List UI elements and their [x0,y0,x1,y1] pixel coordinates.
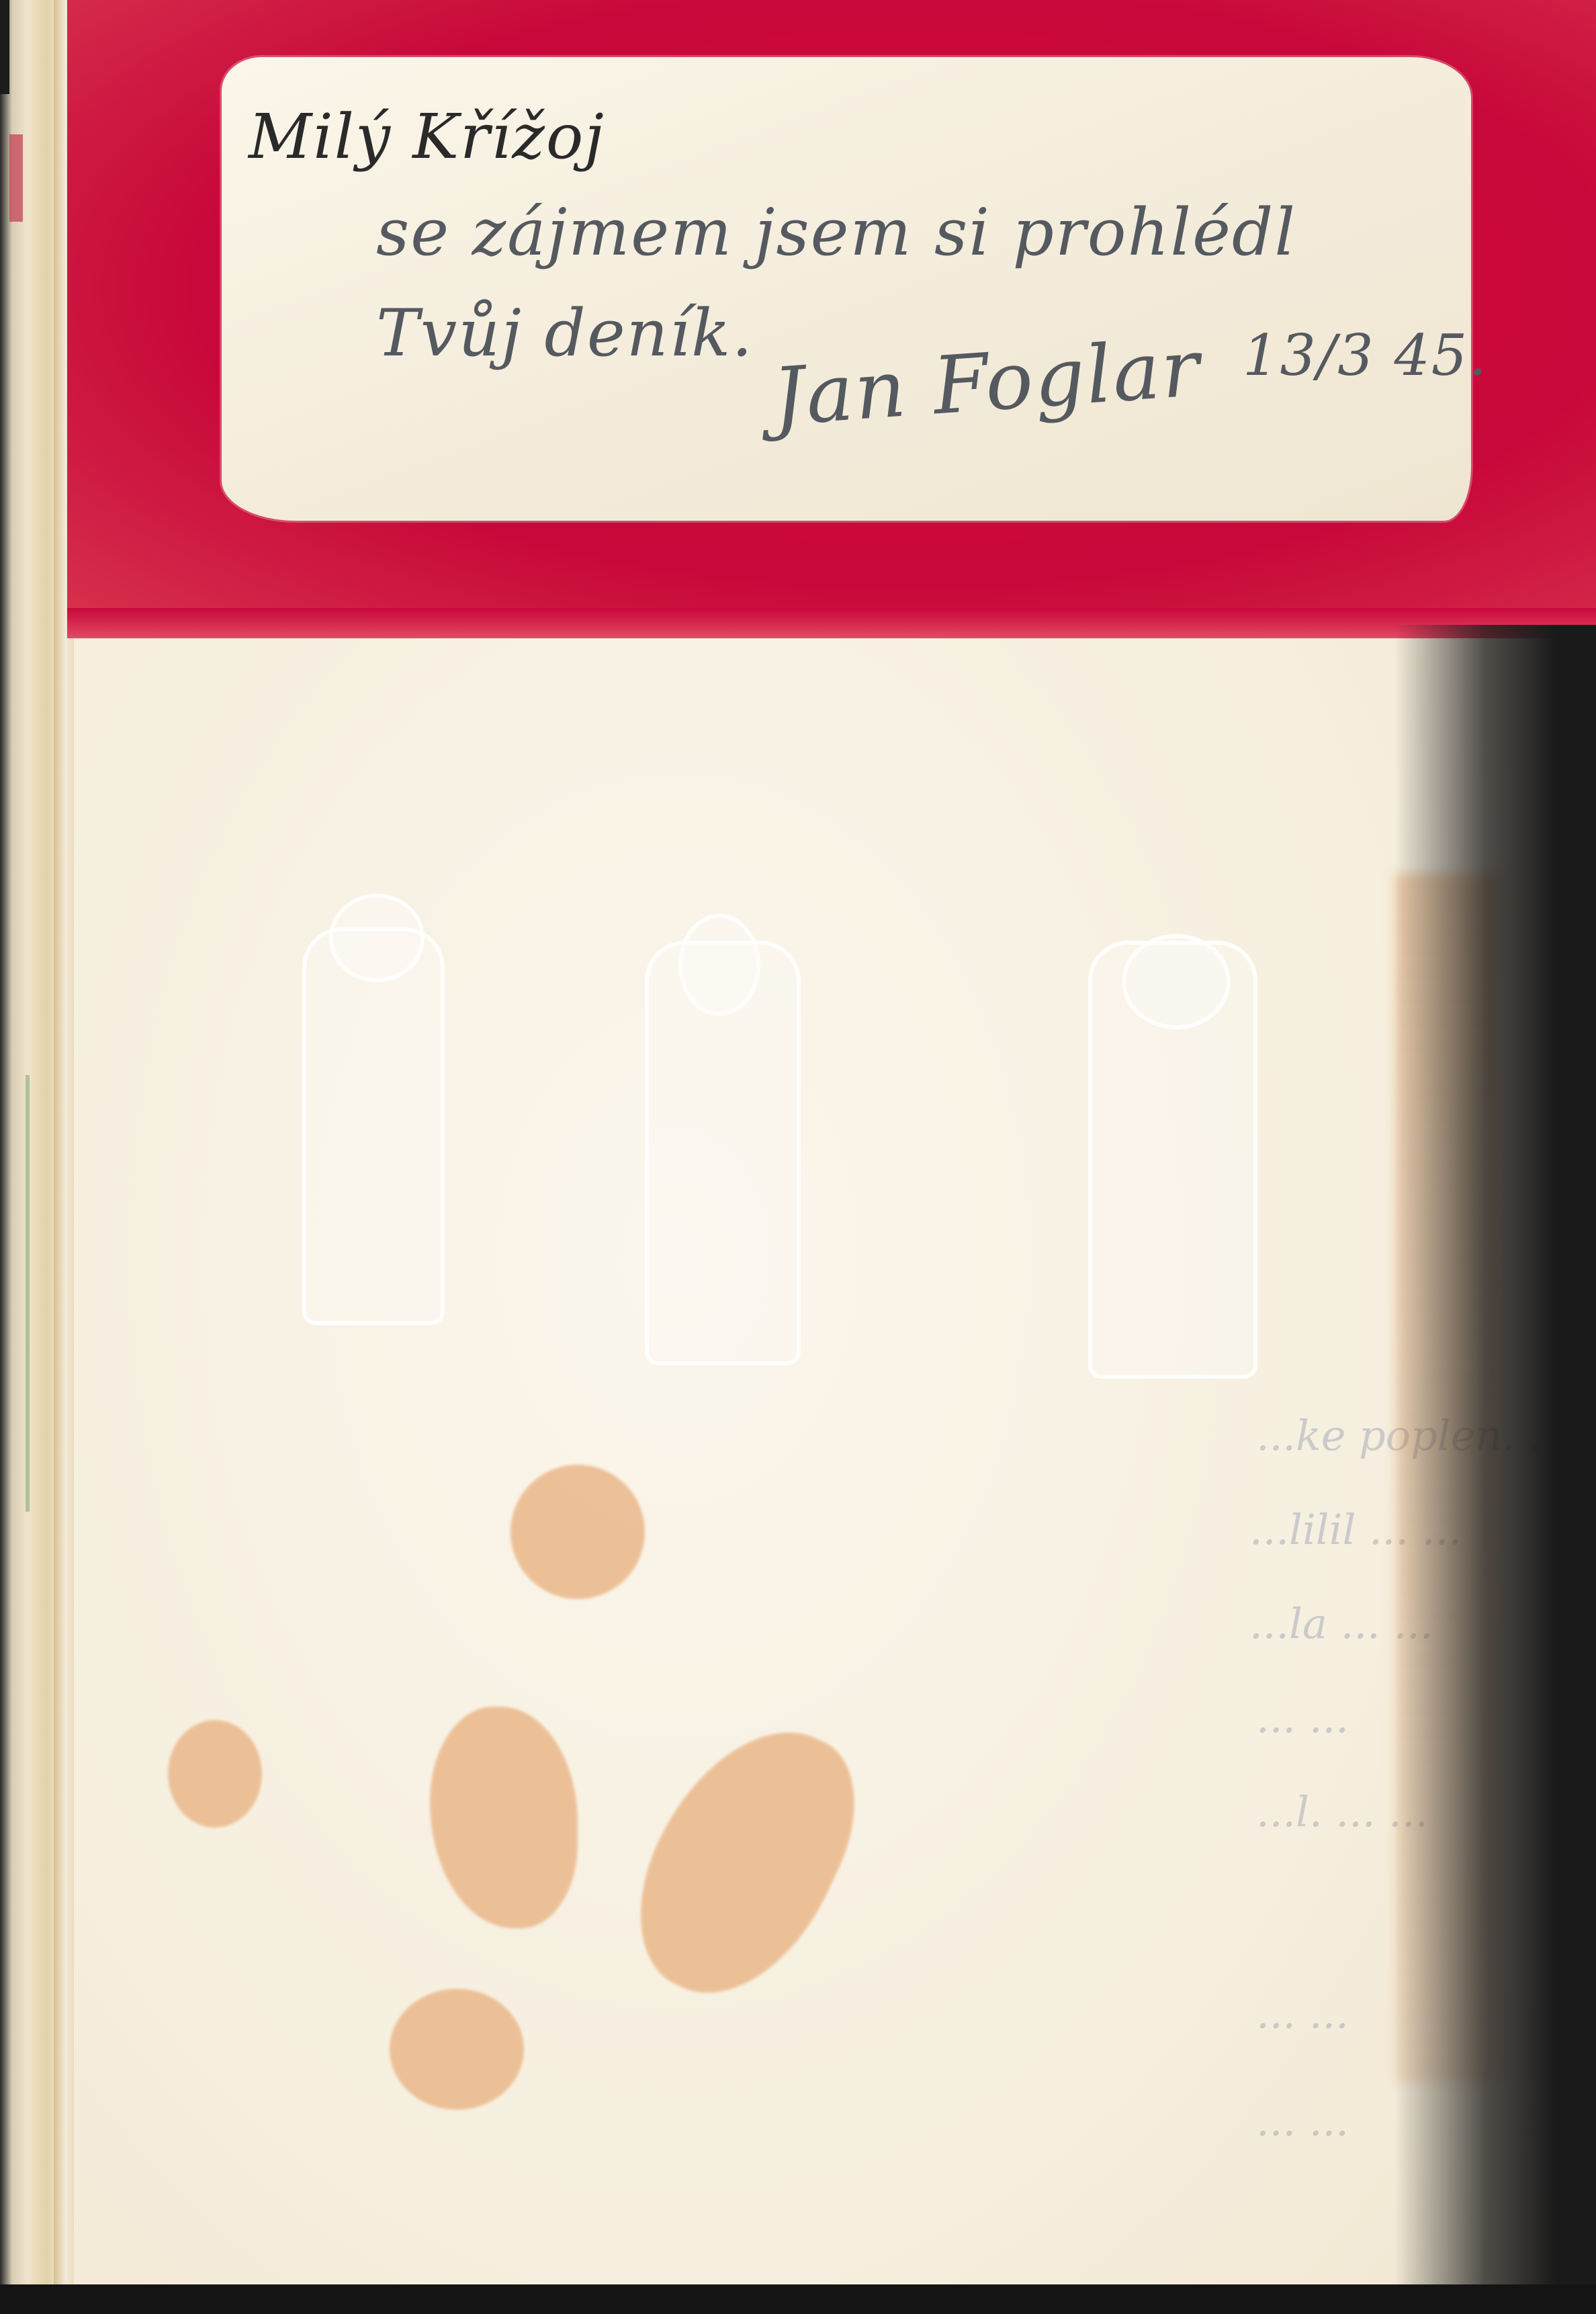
spine-green-mark [26,1075,30,1512]
show-through-text: ... ... [1256,1693,1349,1742]
show-through-text: ... ... [1256,1989,1349,2038]
water-stain [511,1465,645,1599]
spine-shadow [0,0,9,94]
note-date: 13/3 45. [1243,323,1488,388]
scan-bottom-border [0,2284,1596,2314]
note-line-1: se zájmem jsem si prohlédl [376,195,1296,270]
burnt-right-edge [1394,625,1596,2314]
scanned-page: Milý Křížoj se zájmem jsem si prohlédl T… [0,0,1596,2314]
note-salutation: Milý Křížoj [249,101,605,173]
spine-red-mark [9,134,23,222]
embossed-figure-left [302,927,445,1325]
note-line-2: Tvůj deník. [376,296,754,371]
embossed-figure-right [1088,941,1257,1379]
red-band-edge [67,608,1596,638]
water-stain [390,1989,524,2110]
show-through-text: ... ... [1256,2096,1349,2145]
embossed-figure-middle [645,941,801,1365]
water-stain [168,1720,262,1828]
